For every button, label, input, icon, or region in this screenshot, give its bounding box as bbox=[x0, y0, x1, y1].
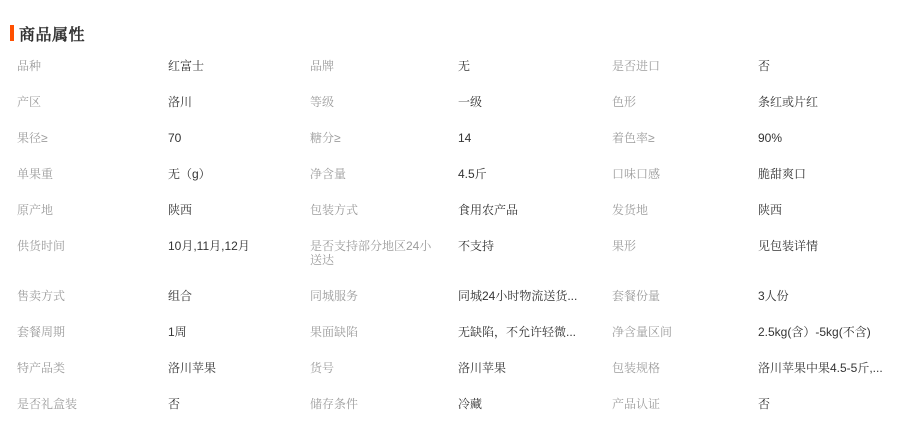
attr-label: 净含量 bbox=[310, 167, 458, 181]
attr-value: 洛川苹果 bbox=[168, 361, 310, 375]
attr-label: 品种 bbox=[17, 59, 168, 73]
attr-label: 原产地 bbox=[17, 203, 168, 217]
attr-label: 套餐份量 bbox=[612, 289, 758, 303]
attr-label: 储存条件 bbox=[310, 397, 458, 411]
attr-label: 果面缺陷 bbox=[310, 325, 458, 339]
attr-label: 品牌 bbox=[310, 59, 458, 73]
section-accent-bar bbox=[10, 25, 14, 41]
attr-label: 产区 bbox=[17, 95, 168, 109]
attr-label: 着色率≥ bbox=[612, 131, 758, 145]
attr-label: 色形 bbox=[612, 95, 758, 109]
attr-value: 无（g） bbox=[168, 167, 310, 181]
section-title: 商品属性 bbox=[19, 22, 85, 45]
attr-value: 否 bbox=[758, 397, 900, 411]
attr-label: 是否进口 bbox=[612, 59, 758, 73]
attr-value: 洛川苹果 bbox=[458, 361, 612, 375]
attr-row: 品种红富士品牌无是否进口否 bbox=[17, 48, 900, 84]
attr-label: 糖分≥ bbox=[310, 131, 458, 145]
attr-label: 等级 bbox=[310, 95, 458, 109]
attributes-table: 品种红富士品牌无是否进口否产区洛川等级一级色形条红或片红果径≥70糖分≥14着色… bbox=[17, 48, 900, 422]
attr-value: 1周 bbox=[168, 325, 310, 339]
product-attributes-panel: 商品属性 品种红富士品牌无是否进口否产区洛川等级一级色形条红或片红果径≥70糖分… bbox=[0, 0, 910, 422]
attr-label: 套餐周期 bbox=[17, 325, 168, 339]
attr-label: 同城服务 bbox=[310, 289, 458, 303]
attr-value: 90% bbox=[758, 131, 900, 145]
attr-label: 供货时间 bbox=[17, 239, 168, 253]
attr-value: 红富士 bbox=[168, 59, 310, 73]
attr-row: 售卖方式组合同城服务同城24小时物流送货...套餐份量3人份 bbox=[17, 278, 900, 314]
attr-label: 单果重 bbox=[17, 167, 168, 181]
attr-label: 发货地 bbox=[612, 203, 758, 217]
attr-value: 否 bbox=[758, 59, 900, 73]
attr-value: 无 bbox=[458, 59, 612, 73]
attr-value: 冷藏 bbox=[458, 397, 612, 411]
attr-label: 包装规格 bbox=[612, 361, 758, 375]
attr-label: 是否支持部分地区24小 送达 bbox=[310, 239, 458, 267]
attr-value: 洛川 bbox=[168, 95, 310, 109]
attr-value: 洛川苹果中果4.5-5斤,... bbox=[758, 361, 900, 375]
section-header: 商品属性 bbox=[10, 24, 900, 42]
attr-value: 3人份 bbox=[758, 289, 900, 303]
attr-value: 10月,11月,12月 bbox=[168, 239, 310, 253]
attr-row: 是否礼盒装否储存条件冷藏产品认证否 bbox=[17, 386, 900, 422]
attr-row: 果径≥70糖分≥14着色率≥90% bbox=[17, 120, 900, 156]
attr-value: 2.5kg(含）-5kg(不含) bbox=[758, 325, 900, 339]
attr-label: 净含量区间 bbox=[612, 325, 758, 339]
attr-value: 不支持 bbox=[458, 239, 612, 253]
attr-row: 特产品类洛川苹果货号洛川苹果包装规格洛川苹果中果4.5-5斤,... bbox=[17, 350, 900, 386]
attr-label: 货号 bbox=[310, 361, 458, 375]
attr-value: 陕西 bbox=[758, 203, 900, 217]
attr-row: 套餐周期1周果面缺陷无缺陷，不允许轻微...净含量区间2.5kg(含）-5kg(… bbox=[17, 314, 900, 350]
attr-label: 产品认证 bbox=[612, 397, 758, 411]
attr-label: 包装方式 bbox=[310, 203, 458, 217]
attr-value: 70 bbox=[168, 131, 310, 145]
attr-row: 原产地陕西包装方式食用农产品发货地陕西 bbox=[17, 192, 900, 228]
attr-label: 是否礼盒装 bbox=[17, 397, 168, 411]
attr-value: 脆甜爽口 bbox=[758, 167, 900, 181]
attr-label: 果形 bbox=[612, 239, 758, 253]
attr-row: 产区洛川等级一级色形条红或片红 bbox=[17, 84, 900, 120]
attr-value: 一级 bbox=[458, 95, 612, 109]
attr-value: 同城24小时物流送货... bbox=[458, 289, 612, 303]
attr-label: 特产品类 bbox=[17, 361, 168, 375]
attr-value: 14 bbox=[458, 131, 612, 145]
attr-value: 陕西 bbox=[168, 203, 310, 217]
attr-value: 食用农产品 bbox=[458, 203, 612, 217]
attr-label: 果径≥ bbox=[17, 131, 168, 145]
attr-label: 售卖方式 bbox=[17, 289, 168, 303]
attr-label: 口味口感 bbox=[612, 167, 758, 181]
attr-value: 组合 bbox=[168, 289, 310, 303]
attr-row: 单果重无（g）净含量4.5斤口味口感脆甜爽口 bbox=[17, 156, 900, 192]
attr-value: 条红或片红 bbox=[758, 95, 900, 109]
attr-value: 见包装详情 bbox=[758, 239, 900, 253]
attr-value: 否 bbox=[168, 397, 310, 411]
attr-row: 供货时间10月,11月,12月是否支持部分地区24小 送达不支持果形见包装详情 bbox=[17, 228, 900, 278]
attr-value: 无缺陷，不允许轻微... bbox=[458, 325, 612, 339]
attr-value: 4.5斤 bbox=[458, 167, 612, 181]
